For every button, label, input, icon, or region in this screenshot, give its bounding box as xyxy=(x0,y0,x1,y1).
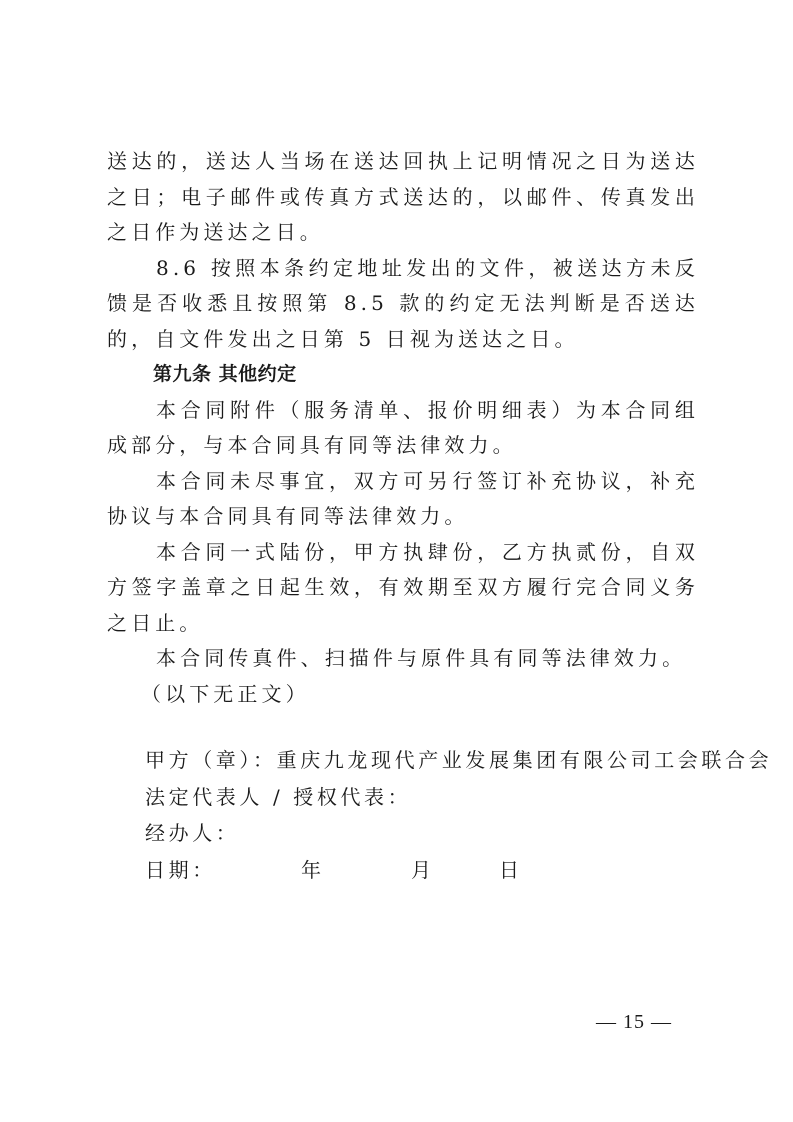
document-body: 送达的，送达人当场在送达回执上记明情况之日为送达之日；电子邮件或传真方式送达的，… xyxy=(107,144,699,712)
paragraph-supplementary-agreement: 本合同未尽事宜，双方可另行签订补充协议，补充协议与本合同具有同等法律效力。 xyxy=(107,464,699,535)
document-page: 送达的，送达人当场在送达回执上记明情况之日为送达之日；电子邮件或传真方式送达的，… xyxy=(0,0,793,1122)
handler-line: 经办人： xyxy=(145,815,705,852)
section-heading-article-9: 第九条 其他约定 xyxy=(107,357,699,393)
end-of-text-note: （以下无正文） xyxy=(107,677,699,713)
year-label: 年 xyxy=(301,852,411,889)
date-label: 日期： xyxy=(145,852,301,889)
paragraph-8-6: 8.6 按照本条约定地址发出的文件，被送达方未反馈是否收悉且按照第 8.5 款的… xyxy=(107,251,699,358)
representative-line: 法定代表人 / 授权代表： xyxy=(145,779,705,816)
paragraph-fax-scan-validity: 本合同传真件、扫描件与原件具有同等法律效力。 xyxy=(107,641,699,677)
paragraph-copies-and-validity: 本合同一式陆份，甲方执肆份，乙方执贰份，自双方签字盖章之日起生效，有效期至双方履… xyxy=(107,535,699,642)
party-a-seal-line: 甲方（章）：重庆九龙现代产业发展集团有限公司工会联合会 xyxy=(145,742,705,779)
paragraph-attachments: 本合同附件（服务清单、报价明细表）为本合同组成部分，与本合同具有同等法律效力。 xyxy=(107,393,699,464)
month-label: 月 xyxy=(411,852,499,889)
day-label: 日 xyxy=(499,852,523,889)
date-line: 日期：年月日 xyxy=(145,852,705,889)
page-number: — 15 — xyxy=(596,1011,672,1034)
paragraph-delivery-continued: 送达的，送达人当场在送达回执上记明情况之日为送达之日；电子邮件或传真方式送达的，… xyxy=(107,144,699,251)
signature-block: 甲方（章）：重庆九龙现代产业发展集团有限公司工会联合会 法定代表人 / 授权代表… xyxy=(145,742,705,888)
